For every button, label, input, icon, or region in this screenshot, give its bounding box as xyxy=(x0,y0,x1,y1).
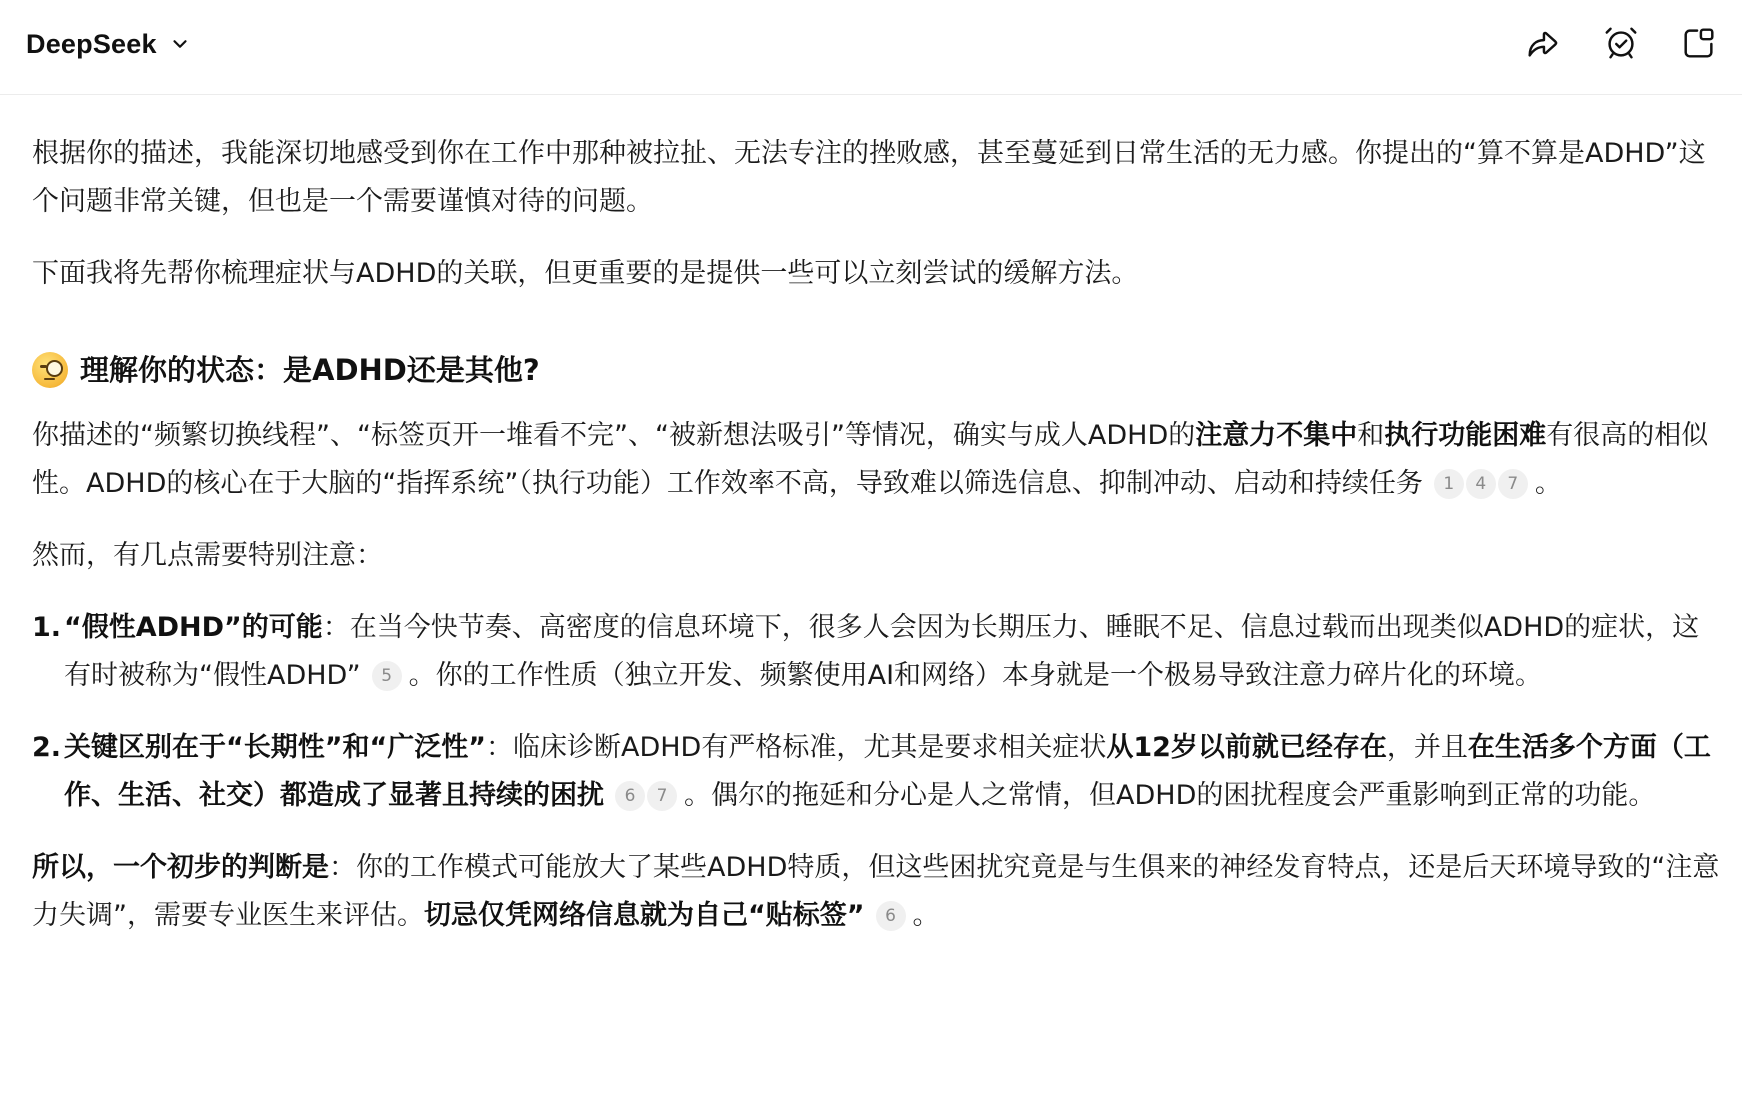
note-paragraph: 然而，有几点需要特别注意： xyxy=(32,532,1722,580)
citation-badge[interactable]: 7 xyxy=(1498,469,1528,499)
share-icon xyxy=(1524,24,1562,62)
intro-paragraph-2: 下面我将先帮你梳理症状与ADHD的关联，但更重要的是提供一些可以立刻尝试的缓解方… xyxy=(32,250,1722,298)
citation-badge[interactable]: 1 xyxy=(1434,469,1464,499)
app-title: DeepSeek xyxy=(26,29,157,60)
section-heading: 理解你的状态：是ADHD还是其他? xyxy=(32,346,1722,394)
top-bar: DeepSeek xyxy=(0,0,1742,95)
list-item: 2.关键区别在于“长期性”和“广泛性”：临床诊断ADHD有严格标准，尤其是要求相… xyxy=(32,724,1722,820)
conclusion-paragraph: 所以，一个初步的判断是：你的工作模式可能放大了某些ADHD特质，但这些困扰究竟是… xyxy=(32,844,1722,940)
numbered-list: 1.“假性ADHD”的可能：在当今快节奏、高密度的信息环境下，很多人会因为长期压… xyxy=(32,604,1722,820)
citation-badge[interactable]: 4 xyxy=(1466,469,1496,499)
citation-badge[interactable]: 7 xyxy=(647,781,677,811)
model-selector[interactable]: DeepSeek xyxy=(26,26,191,62)
share-button[interactable] xyxy=(1522,22,1564,64)
intro-paragraph: 根据你的描述，我能深切地感受到你在工作中那种被拉扯、无法专注的挫败感，甚至蔓延到… xyxy=(32,130,1722,226)
chevron-down-icon xyxy=(169,33,191,55)
new-window-icon xyxy=(1680,24,1718,62)
citation-badge[interactable]: 6 xyxy=(876,901,906,931)
section-heading-text: 理解你的状态：是ADHD还是其他? xyxy=(80,346,540,394)
reminder-button[interactable] xyxy=(1600,22,1642,64)
assistant-message: 根据你的描述，我能深切地感受到你在工作中那种被拉扯、无法专注的挫败感，甚至蔓延到… xyxy=(32,130,1722,940)
analysis-paragraph: 你描述的“频繁切换线程”、“标签页开一堆看不完”、“被新想法吸引”等情况，确实与… xyxy=(32,412,1722,508)
list-item: 1.“假性ADHD”的可能：在当今快节奏、高密度的信息环境下，很多人会因为长期压… xyxy=(32,604,1722,700)
monocle-face-icon xyxy=(32,352,68,388)
citation-badge[interactable]: 6 xyxy=(615,781,645,811)
new-chat-button[interactable] xyxy=(1678,22,1720,64)
citation-badge[interactable]: 5 xyxy=(372,661,402,691)
alarm-check-icon xyxy=(1602,24,1640,62)
